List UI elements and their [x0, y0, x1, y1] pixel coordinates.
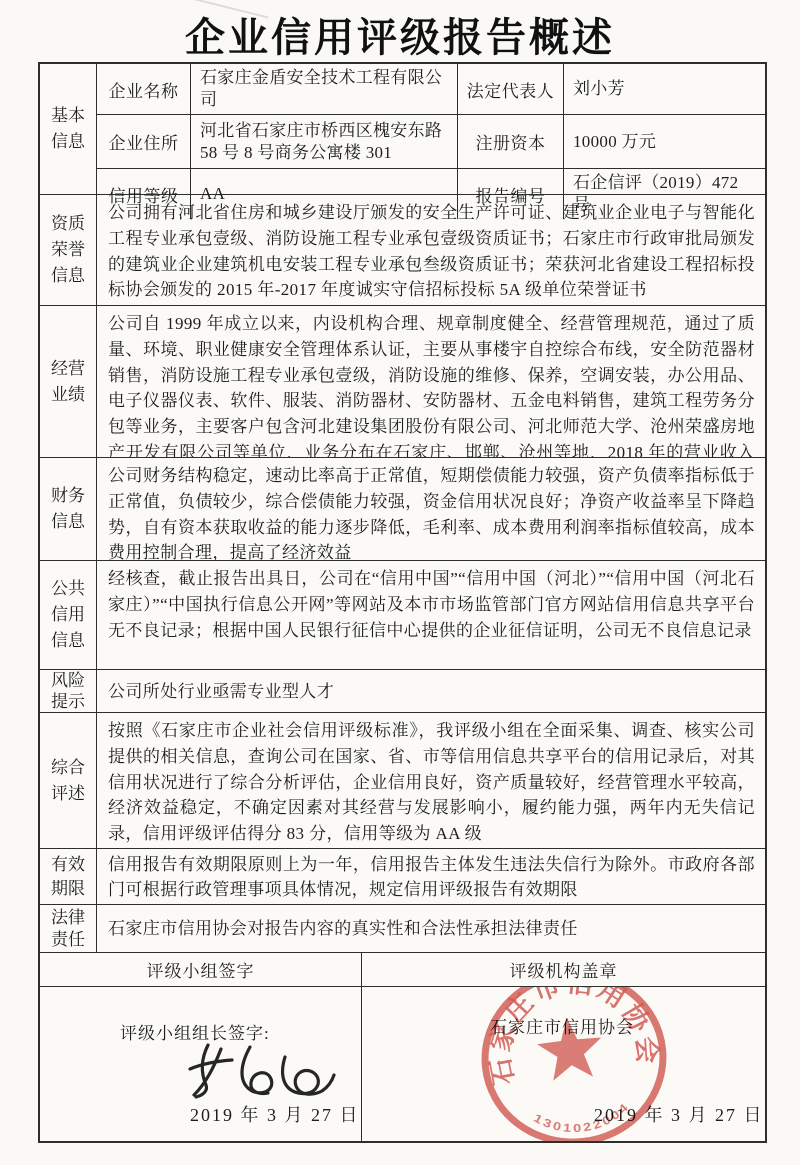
agency-seal-cell: 石家庄市信用协会 2019 年 3 月 27 日 石家庄市信用协会 130102…: [362, 987, 765, 1141]
field-value-registered-capital: 10000 万元: [564, 115, 765, 168]
table-row-public-credit: 公共 信用 信息 经核查，截止报告出具日，公司在“信用中国”“信用中国（河北）”…: [40, 561, 765, 670]
team-signature-cell: 评级小组组长签字: 2019 年 3 月 27 日: [40, 987, 362, 1141]
table-row-legal-liability: 法律 责任 石家庄市信用协会对报告内容的真实性和合法性承担法律责任: [40, 905, 765, 953]
section-label-basic: 基本 信息: [40, 64, 97, 194]
field-label-address: 企业住所: [97, 115, 191, 168]
table-row: 企业名称 石家庄金盾安全技术工程有限公司 法定代表人 刘小芳: [97, 64, 765, 115]
section-label: 资质 荣誉 信息: [40, 195, 97, 305]
field-label-registered-capital: 注册资本: [458, 115, 564, 168]
field-value-company-name: 石家庄金盾安全技术工程有限公司: [191, 64, 458, 114]
field-label-company-name: 企业名称: [97, 64, 191, 114]
section-text-public-credit: 经核查，截止报告出具日，公司在“信用中国”“信用中国（河北）”“信用中国（河北石…: [97, 561, 765, 669]
table-row-signature-area: 评级小组组长签字: 2019 年 3 月 27 日 石家庄市信用协会 2019 …: [40, 987, 765, 1141]
scanned-report-page: 企业信用评级报告概述 基本 信息 企业名称 石家庄金盾安全技术工程有限公司 法定…: [0, 0, 800, 1165]
section-text-financial-info: 公司财务结构稳定，速动比率高于正常值，短期偿债能力较强，资产负债率指标低于正常值…: [97, 458, 765, 560]
page-title: 企业信用评级报告概述: [0, 6, 800, 63]
section-text-business-performance: 公司自 1999 年成立以来，内设机构合理、规章制度健全、经营管理规范，通过了质…: [97, 306, 765, 457]
section-label: 有效 期限: [40, 849, 97, 904]
team-signature-date: 2019 年 3 月 27 日: [190, 1101, 360, 1127]
section-text-risk-notice: 公司所处行业亟需专业型人才: [97, 670, 765, 712]
table-row-financial-info: 财务 信息 公司财务结构稳定，速动比率高于正常值，短期偿债能力较强，资产负债率指…: [40, 458, 765, 561]
table-row-basic-info: 基本 信息 企业名称 石家庄金盾安全技术工程有限公司 法定代表人 刘小芳 企业住…: [40, 64, 765, 195]
table-row-overall-review: 综合 评述 按照《石家庄市企业社会信用评级标准》，我评级小组在全面采集、调查、核…: [40, 713, 765, 849]
table-row-business-performance: 经营 业绩 公司自 1999 年成立以来，内设机构合理、规章制度健全、经营管理规…: [40, 306, 765, 458]
section-label: 财务 信息: [40, 458, 97, 560]
section-text-qualifications: 公司拥有河北省住房和城乡建设厅颁发的安全生产许可证、建筑业企业电子与智能化工程专…: [97, 195, 765, 305]
section-text-overall-review: 按照《石家庄市企业社会信用评级标准》，我评级小组在全面采集、调查、核实公司提供的…: [97, 713, 765, 848]
section-label: 风险 提示: [40, 670, 97, 712]
table-row-risk-notice: 风险 提示 公司所处行业亟需专业型人才: [40, 670, 765, 713]
section-label: 公共 信用 信息: [40, 561, 97, 669]
basic-info-subtable: 企业名称 石家庄金盾安全技术工程有限公司 法定代表人 刘小芳 企业住所 河北省石…: [97, 64, 765, 194]
seal-star-icon: [535, 1014, 606, 1082]
rating-agency-seal-header: 评级机构盖章: [362, 953, 765, 986]
table-row-validity-period: 有效 期限 信用报告有效期限原则上为一年，信用报告主体发生违法失信行为除外。市政…: [40, 849, 765, 905]
table-row-signature-headers: 评级小组签字 评级机构盖章: [40, 953, 765, 987]
section-label: 经营 业绩: [40, 306, 97, 457]
section-text-validity-period: 信用报告有效期限原则上为一年，信用报告主体发生违法失信行为除外。市政府各部门可根…: [97, 849, 765, 904]
section-label: 综合 评述: [40, 713, 97, 848]
section-text-legal-liability: 石家庄市信用协会对报告内容的真实性和合法性承担法律责任: [97, 905, 765, 952]
report-table: 基本 信息 企业名称 石家庄金盾安全技术工程有限公司 法定代表人 刘小芳 企业住…: [38, 62, 767, 1143]
table-row: 企业住所 河北省石家庄市桥西区槐安东路 58 号 8 号商务公寓楼 301 注册…: [97, 115, 765, 169]
section-label: 法律 责任: [40, 905, 97, 952]
rating-team-signature-header: 评级小组签字: [40, 953, 362, 986]
red-seal-stamp: 石家庄市信用协会 130102200430: [474, 987, 674, 1141]
field-label-legal-rep: 法定代表人: [458, 64, 564, 114]
field-value-address: 河北省石家庄市桥西区槐安东路 58 号 8 号商务公寓楼 301: [191, 115, 458, 168]
table-row-qualifications: 资质 荣誉 信息 公司拥有河北省住房和城乡建设厅颁发的安全生产许可证、建筑业企业…: [40, 195, 765, 306]
field-value-legal-rep: 刘小芳: [564, 64, 765, 114]
handwritten-signature: [188, 1039, 338, 1103]
